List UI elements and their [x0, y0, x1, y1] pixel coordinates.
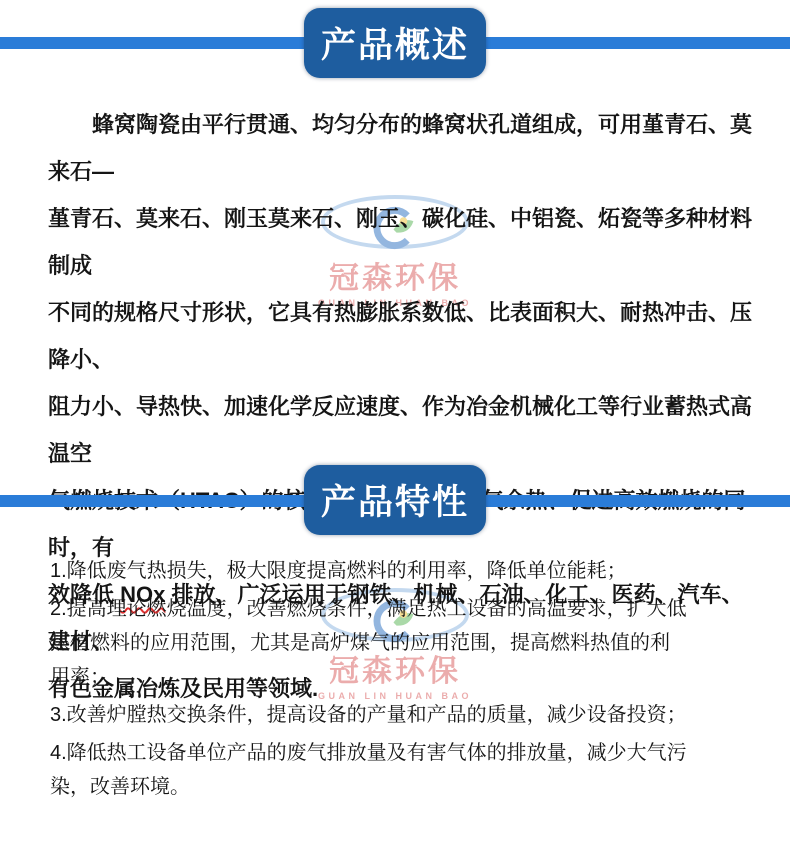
- feature-item: 2.提高理论燃烧温度，改善燃烧条件，满足热工设备的高温要求，扩大低 热值燃料的应…: [50, 592, 756, 694]
- feature-item: 1.降低废气热损失，极大限度提高燃料的利用率，降低单位能耗；: [50, 554, 756, 588]
- overview-header-label: 产品概述: [321, 18, 469, 68]
- product-detail-page: 冠森环保 GUAN LIN HUAN BAO 冠森环保 GUAN LIN HUA…: [0, 0, 790, 850]
- features-header-badge: 产品特性: [304, 465, 486, 535]
- overview-header-badge: 产品概述: [304, 8, 486, 78]
- features-header-label: 产品特性: [321, 475, 469, 525]
- features-list: 1.降低废气热损失，极大限度提高燃料的利用率，降低单位能耗； 2.提高理论燃烧温…: [50, 554, 756, 808]
- feature-item: 4.降低热工设备单位产品的废气排放量及有害气体的排放量，减少大气污 染，改善环境…: [50, 736, 756, 804]
- overview-header-band: 产品概述: [0, 0, 790, 90]
- feature-item: 3.改善炉膛热交换条件，提高设备的产量和产品的质量，减少设备投资；: [50, 698, 756, 732]
- features-header-band: 产品特性: [0, 457, 790, 547]
